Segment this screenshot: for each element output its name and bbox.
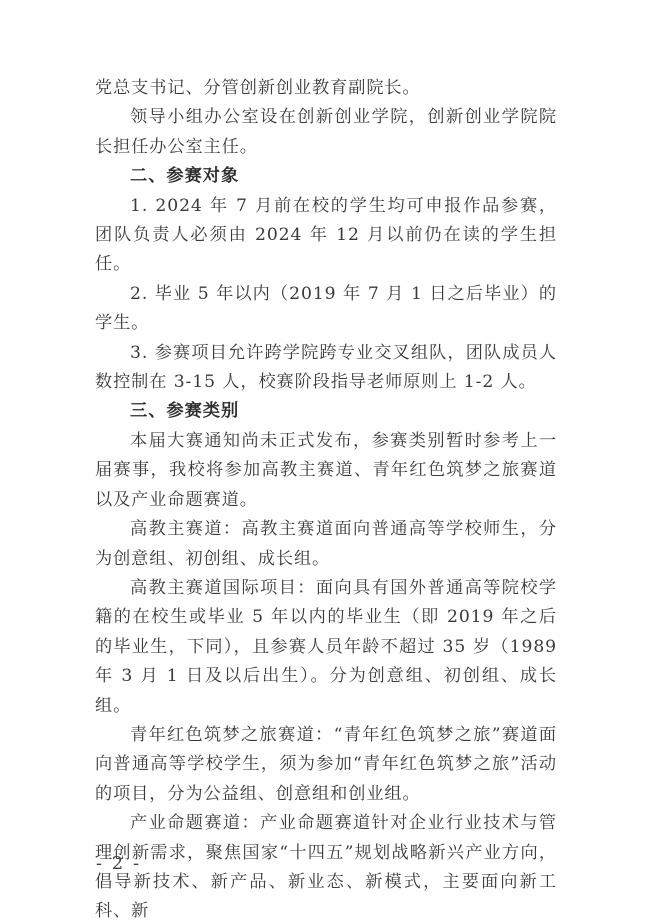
page-number: - 2 - (96, 853, 141, 874)
section-heading-categories: 三、参赛类别 (95, 397, 557, 426)
document-page: 党总支书记、分管创新创业教育副院长。 领导小组办公室设在创新创业学院，创新创业学… (0, 0, 649, 922)
section-heading-participants: 二、参赛对象 (95, 162, 557, 191)
paragraph-industry-track: 产业命题赛道：产业命题赛道针对企业行业技术与管理创新需求，聚焦国家“十四五”规划… (95, 809, 557, 922)
paragraph-categories-intro: 本届大赛通知尚未正式发布，参赛类别暂时参考上一届赛事，我校将参加高教主赛道、青年… (95, 427, 557, 515)
paragraph-red-dream-track: 青年红色筑梦之旅赛道：“青年红色筑梦之旅”赛道面向普通高等学校学生，须为参加“青… (95, 721, 557, 809)
paragraph-office-location: 领导小组办公室设在创新创业学院，创新创业学院院长担任办公室主任。 (95, 103, 557, 162)
paragraph-international-track: 高教主赛道国际项目：面向具有国外普通高等院校学籍的在校生或毕业 5 年以内的毕业… (95, 574, 557, 721)
paragraph-eligibility-3: 3. 参赛项目允许跨学院跨专业交叉组队，团队成员人数控制在 3-15 人，校赛阶… (95, 339, 557, 398)
paragraph-leadership-members-continued: 党总支书记、分管创新创业教育副院长。 (95, 74, 557, 103)
paragraph-main-track: 高教主赛道：高教主赛道面向普通高等学校师生，分为创意组、初创组、成长组。 (95, 515, 557, 574)
paragraph-eligibility-2: 2. 毕业 5 年以内（2019 年 7 月 1 日之后毕业）的学生。 (95, 280, 557, 339)
document-body: 党总支书记、分管创新创业教育副院长。 领导小组办公室设在创新创业学院，创新创业学… (95, 74, 557, 922)
paragraph-eligibility-1: 1. 2024 年 7 月前在校的学生均可申报作品参赛，团队负责人必须由 202… (95, 192, 557, 280)
